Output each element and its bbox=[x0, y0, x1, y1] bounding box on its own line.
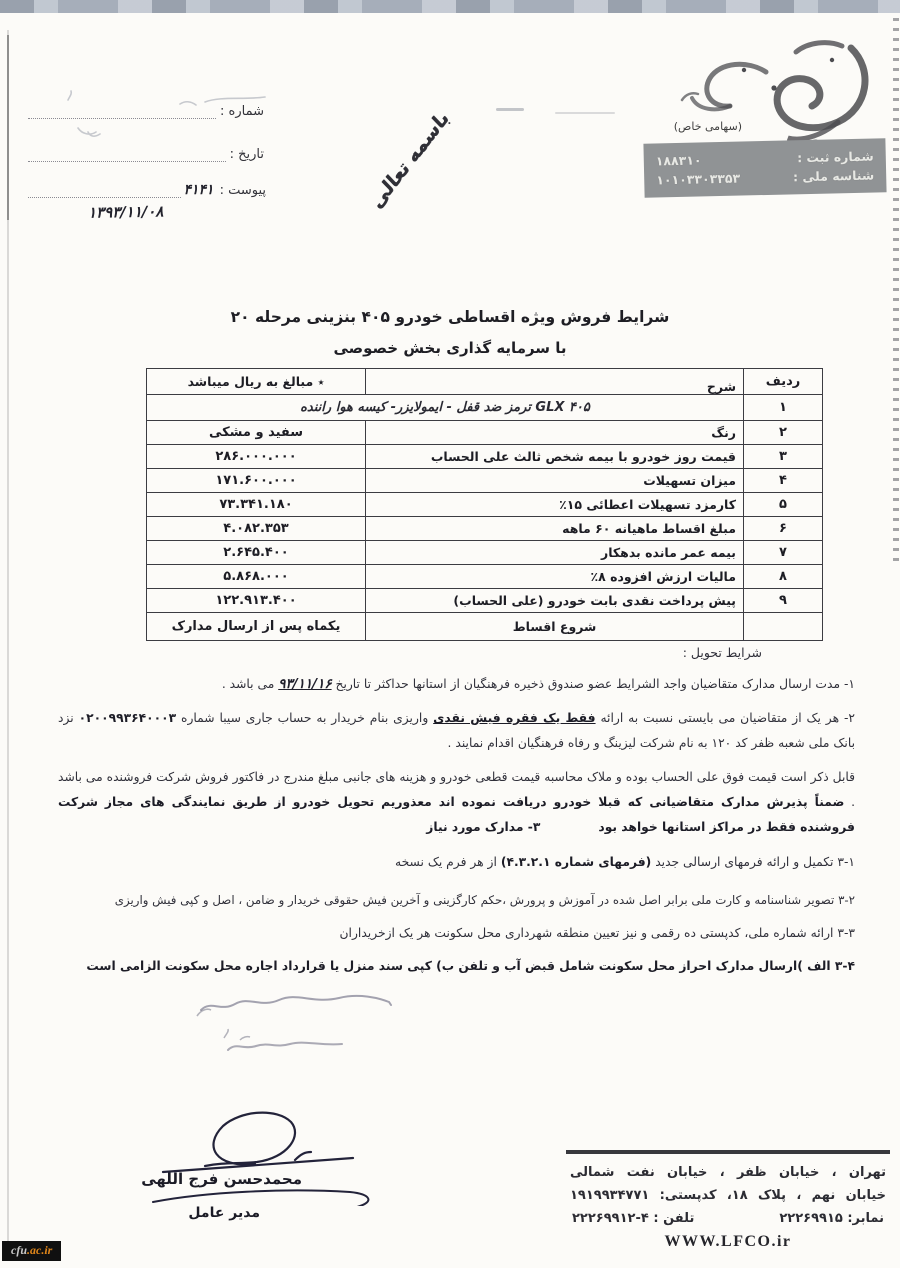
term-1-text: ۱- مدت ارسال مدارک متقاضیان واجد الشرایط… bbox=[332, 677, 855, 691]
row-number: ۸ bbox=[744, 565, 823, 589]
term-1-tail: می باشد . bbox=[222, 677, 278, 691]
row-number: ۳ bbox=[744, 445, 823, 469]
watermark-text-gray: cfu bbox=[11, 1243, 27, 1257]
field-attachment-value: ۴۱۴۱ bbox=[181, 182, 215, 198]
besmele-calligraphy: باسمه تعالی bbox=[388, 106, 488, 221]
pencil-scribble-2 bbox=[220, 1028, 350, 1063]
row-price-value: ۲۸۶.۰۰۰.۰۰۰ bbox=[147, 445, 366, 469]
row-number: ۴ bbox=[744, 469, 823, 493]
row-number: ۲ bbox=[744, 421, 823, 445]
scan-line-left-dark bbox=[7, 35, 9, 220]
signatory-role: مدیر عامل bbox=[188, 1205, 260, 1221]
field-date-label: تاریخ : bbox=[226, 147, 264, 162]
row-number-empty bbox=[744, 613, 823, 641]
note-paragraph: قابل ذکر است قیمت فوق علی الحساب بوده و … bbox=[58, 765, 855, 840]
row-installment-start-label: شروع اقساط bbox=[366, 613, 744, 641]
signature-icon bbox=[145, 1106, 380, 1206]
company-type-label: (سهامی خاص) bbox=[674, 120, 742, 133]
document-title-line1: شرایط فروش ویژه اقساطی خودرو ۴۰۵ بنزینی … bbox=[150, 308, 750, 326]
row-facility-value: ۱۷۱.۶۰۰.۰۰۰ bbox=[147, 469, 366, 493]
document-title-line2: با سرمایه گذاری بخش خصوصی bbox=[150, 339, 750, 357]
row-fee-value: ۷۳.۳۴۱.۱۸۰ bbox=[147, 493, 366, 517]
row-life-insurance-label: بیمه عمر مانده بدهکار bbox=[366, 541, 744, 565]
term-2-account-number: ۰۲۰۰۹۹۳۶۴۰۰۰۳ bbox=[79, 711, 177, 725]
national-id-label: شناسه ملی : bbox=[793, 168, 874, 185]
delivery-terms-heading: شرایط تحویل : bbox=[683, 645, 762, 660]
term-2-text: ۲- هر یک از متقاضیان می بایستی نسبت به ا… bbox=[596, 711, 855, 725]
field-number-line bbox=[28, 104, 216, 119]
col-header-row: ردیف bbox=[744, 369, 823, 395]
row-vat-value: ۵.۸۶۸.۰۰۰ bbox=[147, 565, 366, 589]
scan-speck bbox=[555, 112, 615, 114]
row-car-model: ۴۰۵ GLX ترمز ضد قفل - ایمولایزر- کیسه هو… bbox=[147, 395, 744, 421]
term-1: ۱- مدت ارسال مدارک متقاضیان واجد الشرایط… bbox=[58, 672, 855, 697]
website-url: WWW.LFCO.ir bbox=[566, 1230, 890, 1254]
pencil-scribble-1 bbox=[195, 982, 395, 1022]
reg-number-label: شماره ثبت : bbox=[797, 149, 874, 166]
doc-item-1-text: ۳-۱ تکمیل و ارائه فرمهای ارسالی جدید bbox=[651, 855, 855, 869]
row-color-label: رنگ bbox=[366, 421, 744, 445]
row-price-label: قیمت روز خودرو با بیمه شخص ثالث علی الحس… bbox=[366, 445, 744, 469]
col-header-amount: ٭ مبالغ به ریال میباشد bbox=[147, 369, 366, 395]
scan-bleed-right bbox=[893, 18, 899, 563]
row-installment-label: مبلغ اقساط ماهیانه ۶۰ ماهه bbox=[366, 517, 744, 541]
col-header-desc: شرح bbox=[366, 369, 744, 395]
row-installment-start-value: یکماه پس از ارسال مدارک bbox=[147, 613, 366, 641]
doc-item-1: ۳-۱ تکمیل و ارائه فرمهای ارسالی جدید (فر… bbox=[58, 850, 855, 875]
signatory-name: محمدحسن فرج اللهی bbox=[141, 1170, 302, 1188]
doc-item-2: ۳-۲ تصویر شناسنامه و کارت ملی برابر اصل … bbox=[58, 888, 855, 913]
phone-number: تلفن : ۴-۲۲۲۶۹۹۱۲ bbox=[572, 1207, 694, 1230]
footer-address-block: تهران ، خیابان ظفر ، خیابان نفت شمالی خی… bbox=[566, 1150, 890, 1254]
reg-number-value: ۱۸۸۳۱۰ bbox=[656, 152, 702, 168]
doc-item-1-tail: از هر فرم یک نسخه bbox=[395, 855, 501, 869]
doc-item-3: ۳-۳ ارائه شماره ملی، کدپستی ده رقمی و نی… bbox=[58, 921, 855, 946]
row-number: ۷ bbox=[744, 541, 823, 565]
row-downpayment-value: ۱۲۲.۹۱۳.۴۰۰ bbox=[147, 589, 366, 613]
doc-item-1-forms: (فرمهای شماره ۴.۳.۲.۱) bbox=[501, 855, 651, 869]
row-number: ۱ bbox=[744, 395, 823, 421]
field-attachment-label: پیوست : bbox=[216, 183, 266, 198]
handwritten-date: ۱۳۹۳/۱۱/۰۸ bbox=[88, 202, 164, 221]
row-color-value: سفید و مشکی bbox=[147, 421, 366, 445]
registration-stamp: شماره ثبت : ۱۸۸۳۱۰ شناسه ملی : ۱۰۱۰۳۳۰۳۳… bbox=[643, 138, 886, 197]
field-date-line bbox=[28, 147, 226, 162]
row-number: ۹ bbox=[744, 589, 823, 613]
row-downpayment-label: پیش پرداخت نقدی بابت خودرو (علی الحساب) bbox=[366, 589, 744, 613]
watermark-badge: cfu.ac.ir bbox=[2, 1241, 61, 1261]
term-2-cash-slip: فقط یک فقره فیش نقدی bbox=[433, 711, 595, 725]
row-vat-label: مالیات ارزش افزوده ۸٪ bbox=[366, 565, 744, 589]
address-line-1: تهران ، خیابان ظفر ، خیابان نفت شمالی bbox=[566, 1161, 890, 1184]
required-documents-heading: ۳- مدارک مورد نیاز bbox=[426, 820, 540, 834]
field-attachment-line bbox=[28, 183, 181, 198]
term-2: ۲- هر یک از متقاضیان می بایستی نسبت به ا… bbox=[58, 706, 855, 756]
scanned-letter-page: (سهامی خاص) شماره ثبت : ۱۸۸۳۱۰ شناسه ملی… bbox=[0, 0, 900, 1268]
fax-number: نمابر: ۲۲۲۶۹۹۱۵ bbox=[779, 1207, 884, 1230]
term-2-text2: واریزی بنام خریدار به حساب جاری سیبا شما… bbox=[176, 711, 433, 725]
scan-speck bbox=[496, 108, 524, 111]
national-id-value: ۱۰۱۰۳۳۰۳۳۵۳ bbox=[656, 171, 740, 188]
doc-item-4: ۳-۴ الف )ارسال مدارک احراز محل سکونت شام… bbox=[58, 954, 855, 979]
watermark-text-orange: .ac.ir bbox=[27, 1243, 52, 1257]
scan-edge-top bbox=[0, 0, 900, 13]
sale-conditions-table: ردیف شرح ٭ مبالغ به ریال میباشد ۱ ۴۰۵ GL… bbox=[146, 368, 823, 641]
row-facility-label: میزان تسهیلات bbox=[366, 469, 744, 493]
address-line-2: خیابان نهم ، پلاک ۱۸، کدپستی: ۱۹۱۹۹۳۴۷۷۱ bbox=[566, 1184, 890, 1207]
row-number: ۵ bbox=[744, 493, 823, 517]
row-fee-label: کارمزد تسهیلات اعطائی ۱۵٪ bbox=[366, 493, 744, 517]
row-installment-value: ۴.۰۸۲.۳۵۳ bbox=[147, 517, 366, 541]
field-number-label: شماره : bbox=[216, 104, 264, 119]
row-life-insurance-value: ۲.۶۴۵.۴۰۰ bbox=[147, 541, 366, 565]
row-number: ۶ bbox=[744, 517, 823, 541]
term-1-deadline-date: ۹۳/۱۱/۱۶ bbox=[278, 676, 331, 692]
